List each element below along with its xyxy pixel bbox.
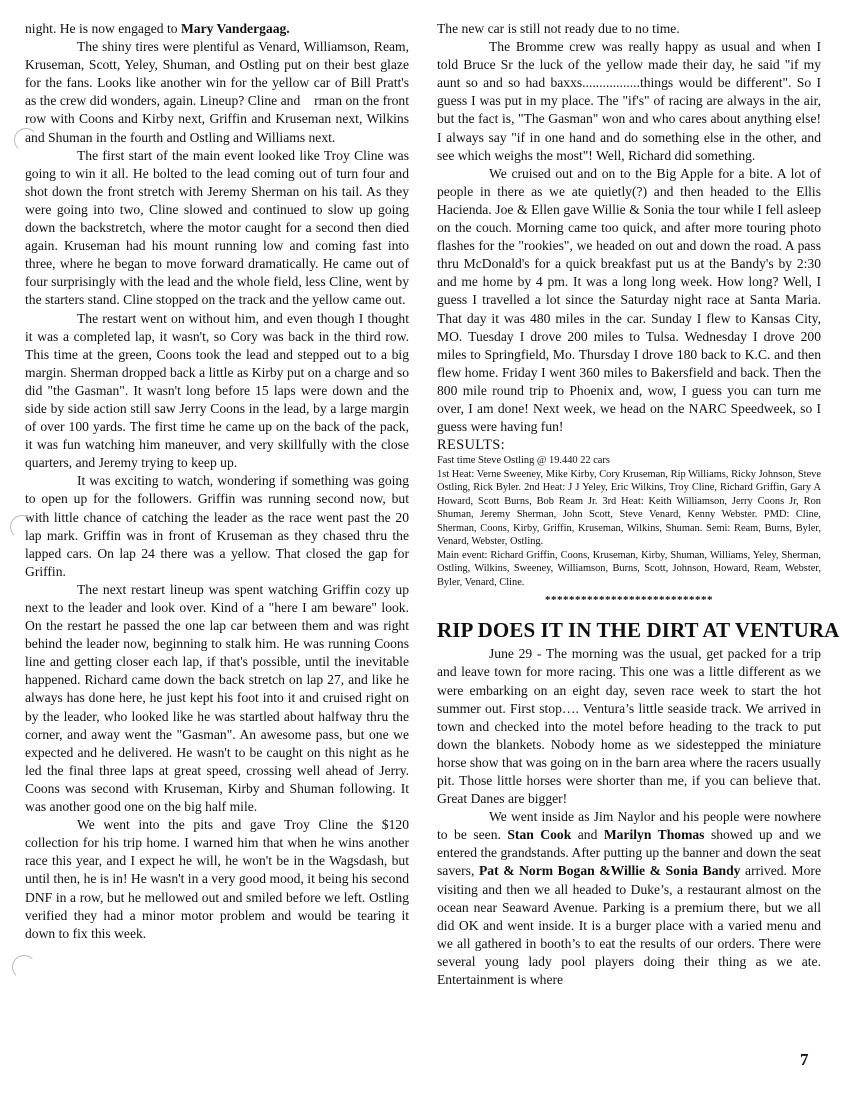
left-column: night. He is now engaged to Mary Vanderg… bbox=[25, 20, 409, 943]
names-bogan-bandy: Pat & Norm Bogan &Willie & Sonia Bandy bbox=[479, 863, 741, 878]
paragraph-big-apple: We cruised out and on to the Big Apple f… bbox=[437, 165, 821, 436]
paragraph-exciting: It was exciting to watch, wondering if s… bbox=[25, 472, 409, 581]
name-mary-vandergaag: Mary Vandergaag. bbox=[181, 21, 290, 36]
paragraph-new-car: The new car is still not ready due to no… bbox=[437, 20, 821, 38]
punch-hole-mark bbox=[14, 128, 38, 152]
paragraph-june-29: June 29 - The morning was the usual, get… bbox=[437, 645, 821, 808]
paragraph-bromme-crew: The Bromme crew was really happy as usua… bbox=[437, 38, 821, 165]
page-number: 7 bbox=[800, 1050, 809, 1070]
results-block: Fast time Steve Ostling @ 19.440 22 cars… bbox=[437, 454, 821, 589]
paragraph-pits: We went into the pits and gave Troy Clin… bbox=[25, 816, 409, 943]
name-marilyn-thomas: Marilyn Thomas bbox=[604, 827, 705, 842]
paragraph-went-inside: We went inside as Jim Naylor and his peo… bbox=[437, 808, 821, 989]
results-heats: 1st Heat: Verne Sweeney, Mike Kirby, Cor… bbox=[437, 468, 821, 549]
results-fast-time: Fast time Steve Ostling @ 19.440 22 cars bbox=[437, 454, 821, 468]
paragraph-restart: The restart went on without him, and eve… bbox=[25, 310, 409, 473]
article-headline: RIP DOES IT IN THE DIRT AT VENTURA bbox=[437, 617, 821, 643]
results-main-event: Main event: Richard Griffin, Coons, Krus… bbox=[437, 549, 821, 590]
paragraph-engagement: night. He is now engaged to Mary Vanderg… bbox=[25, 20, 409, 38]
asterisk-separator: **************************** bbox=[437, 591, 821, 609]
results-heading: RESULTS: bbox=[437, 436, 821, 454]
paragraph-next-restart: The next restart lineup was spent watchi… bbox=[25, 581, 409, 816]
name-stan-cook: Stan Cook bbox=[507, 827, 571, 842]
paragraph-first-start: The first start of the main event looked… bbox=[25, 147, 409, 310]
paragraph-lineup: The shiny tires were plentiful as Venard… bbox=[25, 38, 409, 147]
right-column: The new car is still not ready due to no… bbox=[437, 20, 821, 989]
punch-hole-mark bbox=[10, 515, 34, 539]
punch-hole-mark bbox=[12, 955, 36, 979]
